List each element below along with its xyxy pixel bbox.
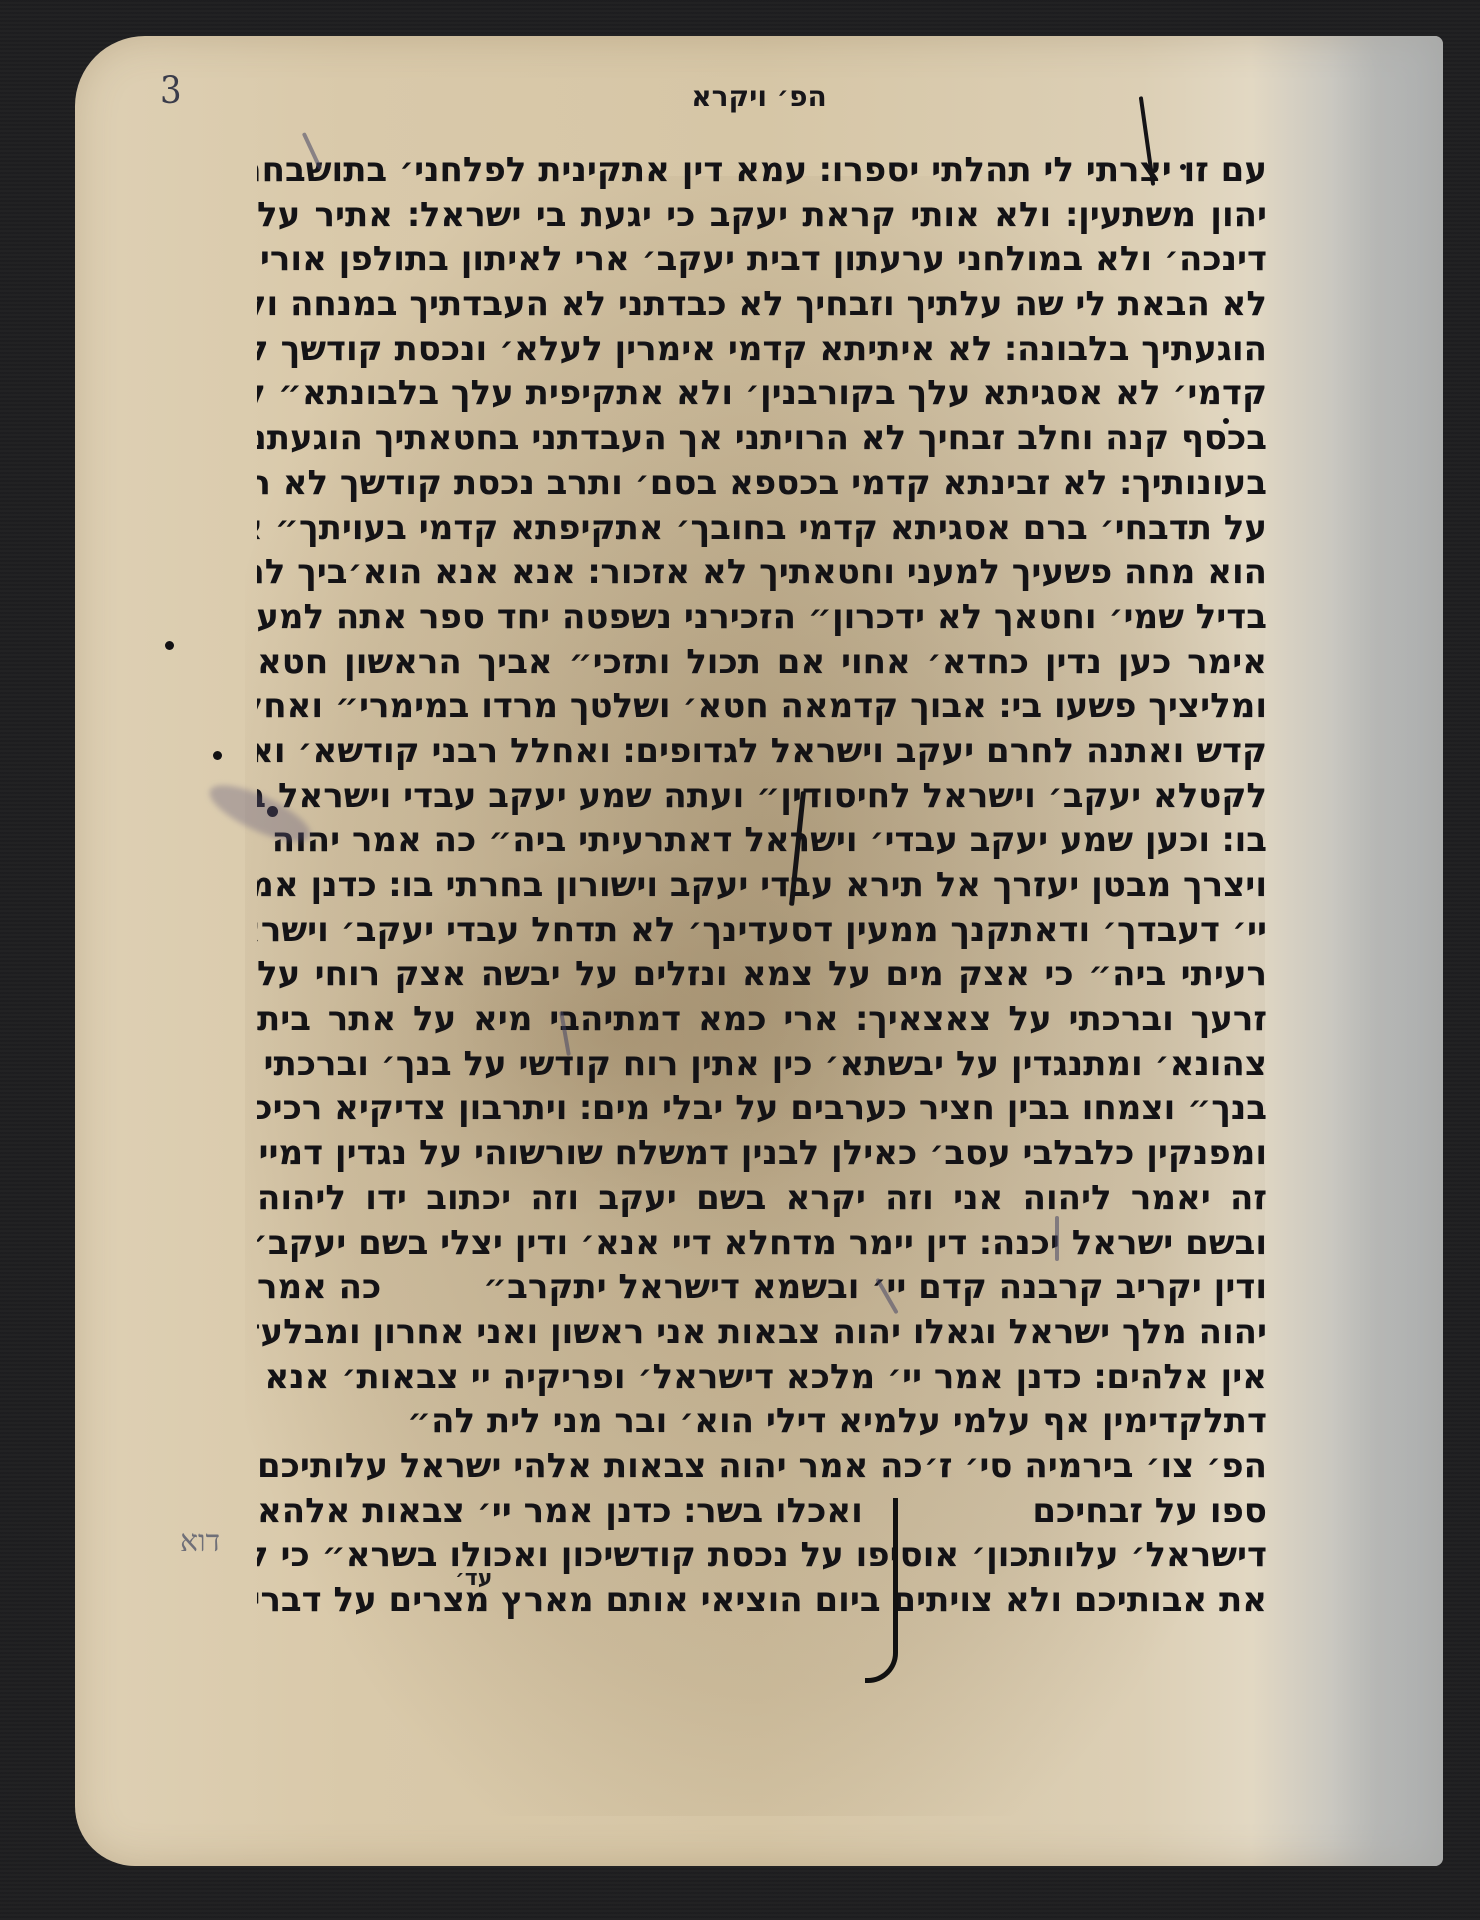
margin-annotation-inline: עד׳ [455,1566,492,1591]
margin-annotation-pencil: דוא [180,1524,220,1559]
text-line: ויצרך מבטן יעזרך אל תירא עבדי יעקב וישור… [257,863,1267,908]
text-line: אימר כען נדין כחדא׳ אחוי אם תכול ותזכי״ … [257,640,1267,685]
running-head: הפ׳ ויקרא [75,80,1443,113]
text-line: בנך״ וצמחו בבין חציר כערבים על יבלי מים׃… [257,1086,1267,1131]
text-line: זרעך וברכתי על צאצאיך׃ ארי כמא דמתיהבי מ… [257,997,1267,1042]
text-line: בדיל שמי׳ וחטאך לא ידכרון״ הזכירני נשפטה… [257,595,1267,640]
text-line: לקטלא יעקב׳ וישראל לחיסודין״ ועתה שמע יע… [257,774,1267,819]
text-line: ומליציך פשעו בי׃ אבוך קדמאה חטא׳ ושלטך מ… [257,684,1267,729]
text-line: יהון משתעין׃ ולא אותי קראת יעקב כי יגעת … [257,193,1267,238]
text-line: קדש ואתנה לחרם יעקב וישראל לגדופים׃ ואחל… [257,729,1267,774]
text-segment: ספו על זבחיכם [1032,1489,1267,1534]
water-stain [1333,36,1443,1866]
text-segment: כה אמר [257,1265,381,1310]
manuscript-folio: 3 הפ׳ ויקרא עם זו יצרתי לי תהלתי יספרו׃ … [75,36,1443,1866]
text-line: עם זו יצרתי לי תהלתי יספרו׃ עמא דין אתקי… [257,148,1267,193]
text-segment: כה אמר יהוה צבאות אלהי ישראל עלותיכם [257,1444,923,1489]
text-line: זה יאמר ליהוה אני וזה יקרא בשם יעקב וזה … [257,1176,1267,1221]
text-line: לא הבאת לי שה עלתיך וזבחיך לא כבדתני לא … [257,282,1267,327]
text-line: את אבותיכם ולא צויתים ביום הוציאי אותם מ… [257,1578,1267,1623]
text-line: אין אלהים׃ כדנן אמר יי׳ מלכא דישראל׳ ופר… [257,1355,1267,1400]
ink-spot [165,641,174,650]
text-segment: ודין יקריב קרבנה קדם יי׳ ובשמא דישראל ית… [483,1265,1267,1310]
text-segment: הפ׳ צו׳ בירמיה סי׳ ז׳ [924,1444,1267,1489]
text-line: הוא מחה פשעיך למעני וחטאתיך לא אזכור׃ אנ… [257,550,1267,595]
text-line: צהונא׳ ומתנגדין על יבשתא׳ כין אתין רוח ק… [257,1042,1267,1087]
ink-spot [1223,418,1229,424]
text-line: דתלקדימין אף עלמי עלמיא דילי הוא׳ ובר מנ… [257,1399,1267,1444]
text-line: ומפנקין כלבלבי עסב׳ כאילן לבנין דמשלח שו… [257,1131,1267,1176]
text-line: הוגעתיך בלבונה׃ לא איתיתא קדמי אימרין לע… [257,327,1267,372]
pencil-mark [1055,1216,1059,1261]
text-line: יי׳ דעבדך׳ ודאתקנך ממעין דסעדינך׳ לא תדח… [257,908,1267,953]
text-line: דינכה׳ ולא במולחני ערעתון דבית יעקב׳ ארי… [257,237,1267,282]
section-bracket [865,1498,898,1683]
text-column: עם זו יצרתי לי תהלתי יספרו׃ עמא דין אתקי… [257,148,1267,1623]
text-line: ודין יקריב קרבנה קדם יי׳ ובשמא דישראל ית… [257,1265,1267,1310]
text-line: על תדבחי׳ ברם אסגיתא קדמי בחובך׳ אתקיפתא… [257,506,1267,551]
ink-spot [213,751,222,760]
text-line: קדמי׳ לא אסגיתא עלך בקורבנין׳ ולא אתקיפי… [257,371,1267,416]
text-line: יהוה מלך ישראל וגאלו יהוה צבאות אני ראשו… [257,1310,1267,1355]
text-line: רעיתי ביה״ כי אצק מים על צמא ונזלים על י… [257,952,1267,997]
text-line: ובשם ישראל יכנה׃ דין יימר מדחלא דיי אנא׳… [257,1221,1267,1266]
text-line: בו׃ וכען שמע יעקב עבדי׳ וישראל דאתרעיתי … [257,818,1267,863]
ink-spot [1180,164,1186,170]
text-line: בכסף קנה וחלב זבחיך לא הרויתני אך העבדתנ… [257,416,1267,461]
text-line: ספו על זבחיכםואכלו בשר׃ כדנן אמר יי׳ צבא… [257,1489,1267,1534]
text-line: בעונותיך׃ לא זבינתא קדמי בכספא בסם׳ ותרב… [257,461,1267,506]
text-line: דישראל׳ עלוותכון׳ אוסיפו על נכסת קודשיכו… [257,1533,1267,1578]
text-line: הפ׳ צו׳ בירמיה סי׳ ז׳כה אמר יהוה צבאות א… [257,1444,1267,1489]
text-segment: ואכלו בשר׃ כדנן אמר יי׳ צבאות אלהא [257,1489,863,1534]
scan-background: 3 הפ׳ ויקרא עם זו יצרתי לי תהלתי יספרו׃ … [0,0,1480,1920]
